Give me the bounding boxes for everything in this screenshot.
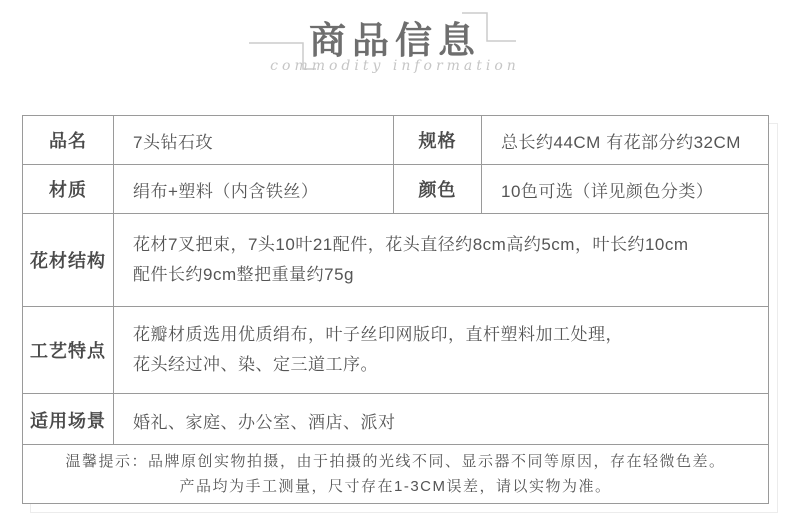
label-product-name: 品名 (23, 116, 114, 164)
value-scenes: 婚礼、家庭、办公室、酒店、派对 (114, 394, 768, 446)
value-structure: 花材7叉把束，7头10叶21配件，花头直径约8cm高约5cm，叶长约10cm 配… (114, 214, 768, 306)
label-craft: 工艺特点 (23, 307, 114, 393)
corner-bracket-right-icon (461, 12, 517, 43)
value-material: 绢布+塑料（内含铁丝） (114, 165, 393, 213)
page-title: 商品信息 (0, 10, 790, 64)
value-spec: 总长约44CM 有花部分约32CM (482, 116, 768, 164)
structure-line-2: 配件长约9cm整把重量约75g (133, 260, 354, 290)
label-scenes: 适用场景 (23, 394, 114, 446)
product-info-table: 品名 7头钻石玫 规格 总长约44CM 有花部分约32CM 材质 绢布+塑料（内… (22, 115, 769, 447)
notice-line-1: 温馨提示：品牌原创实物拍摄，由于拍摄的光线不同、显示器不同等原因，存在轻微色差。 (23, 449, 768, 474)
product-info-page: 商品信息 commodity information 品名 7头钻石玫 规格 总… (0, 0, 790, 528)
table-row-scenes: 适用场景 婚礼、家庭、办公室、酒店、派对 (23, 394, 768, 446)
craft-line-2: 花头经过冲、染、定三道工序。 (133, 350, 378, 380)
header: 商品信息 commodity information (0, 0, 790, 100)
table-row-craft: 工艺特点 花瓣材质选用优质绢布，叶子丝印网版印，直杆塑料加工处理， 花头经过冲、… (23, 307, 768, 394)
table-row-material-color: 材质 绢布+塑料（内含铁丝） 颜色 10色可选（详见颜色分类） (23, 165, 768, 214)
label-structure: 花材结构 (23, 214, 114, 306)
page-subtitle: commodity information (0, 58, 790, 74)
label-spec: 规格 (393, 116, 482, 164)
notice-line-2: 产品均为手工测量，尺寸存在1-3CM误差，请以实物为准。 (23, 474, 768, 499)
label-material: 材质 (23, 165, 114, 213)
table-row-structure: 花材结构 花材7叉把束，7头10叶21配件，花头直径约8cm高约5cm，叶长约1… (23, 214, 768, 307)
value-color: 10色可选（详见颜色分类） (482, 165, 768, 213)
value-product-name: 7头钻石玫 (114, 116, 393, 164)
table-row-name-spec: 品名 7头钻石玫 规格 总长约44CM 有花部分约32CM (23, 116, 768, 165)
structure-line-1: 花材7叉把束，7头10叶21配件，花头直径约8cm高约5cm，叶长约10cm (133, 230, 689, 260)
value-craft: 花瓣材质选用优质绢布，叶子丝印网版印，直杆塑料加工处理， 花头经过冲、染、定三道… (114, 307, 768, 393)
craft-line-1: 花瓣材质选用优质绢布，叶子丝印网版印，直杆塑料加工处理， (133, 320, 623, 350)
notice-box: 温馨提示：品牌原创实物拍摄，由于拍摄的光线不同、显示器不同等原因，存在轻微色差。… (22, 444, 769, 504)
label-color: 颜色 (393, 165, 482, 213)
